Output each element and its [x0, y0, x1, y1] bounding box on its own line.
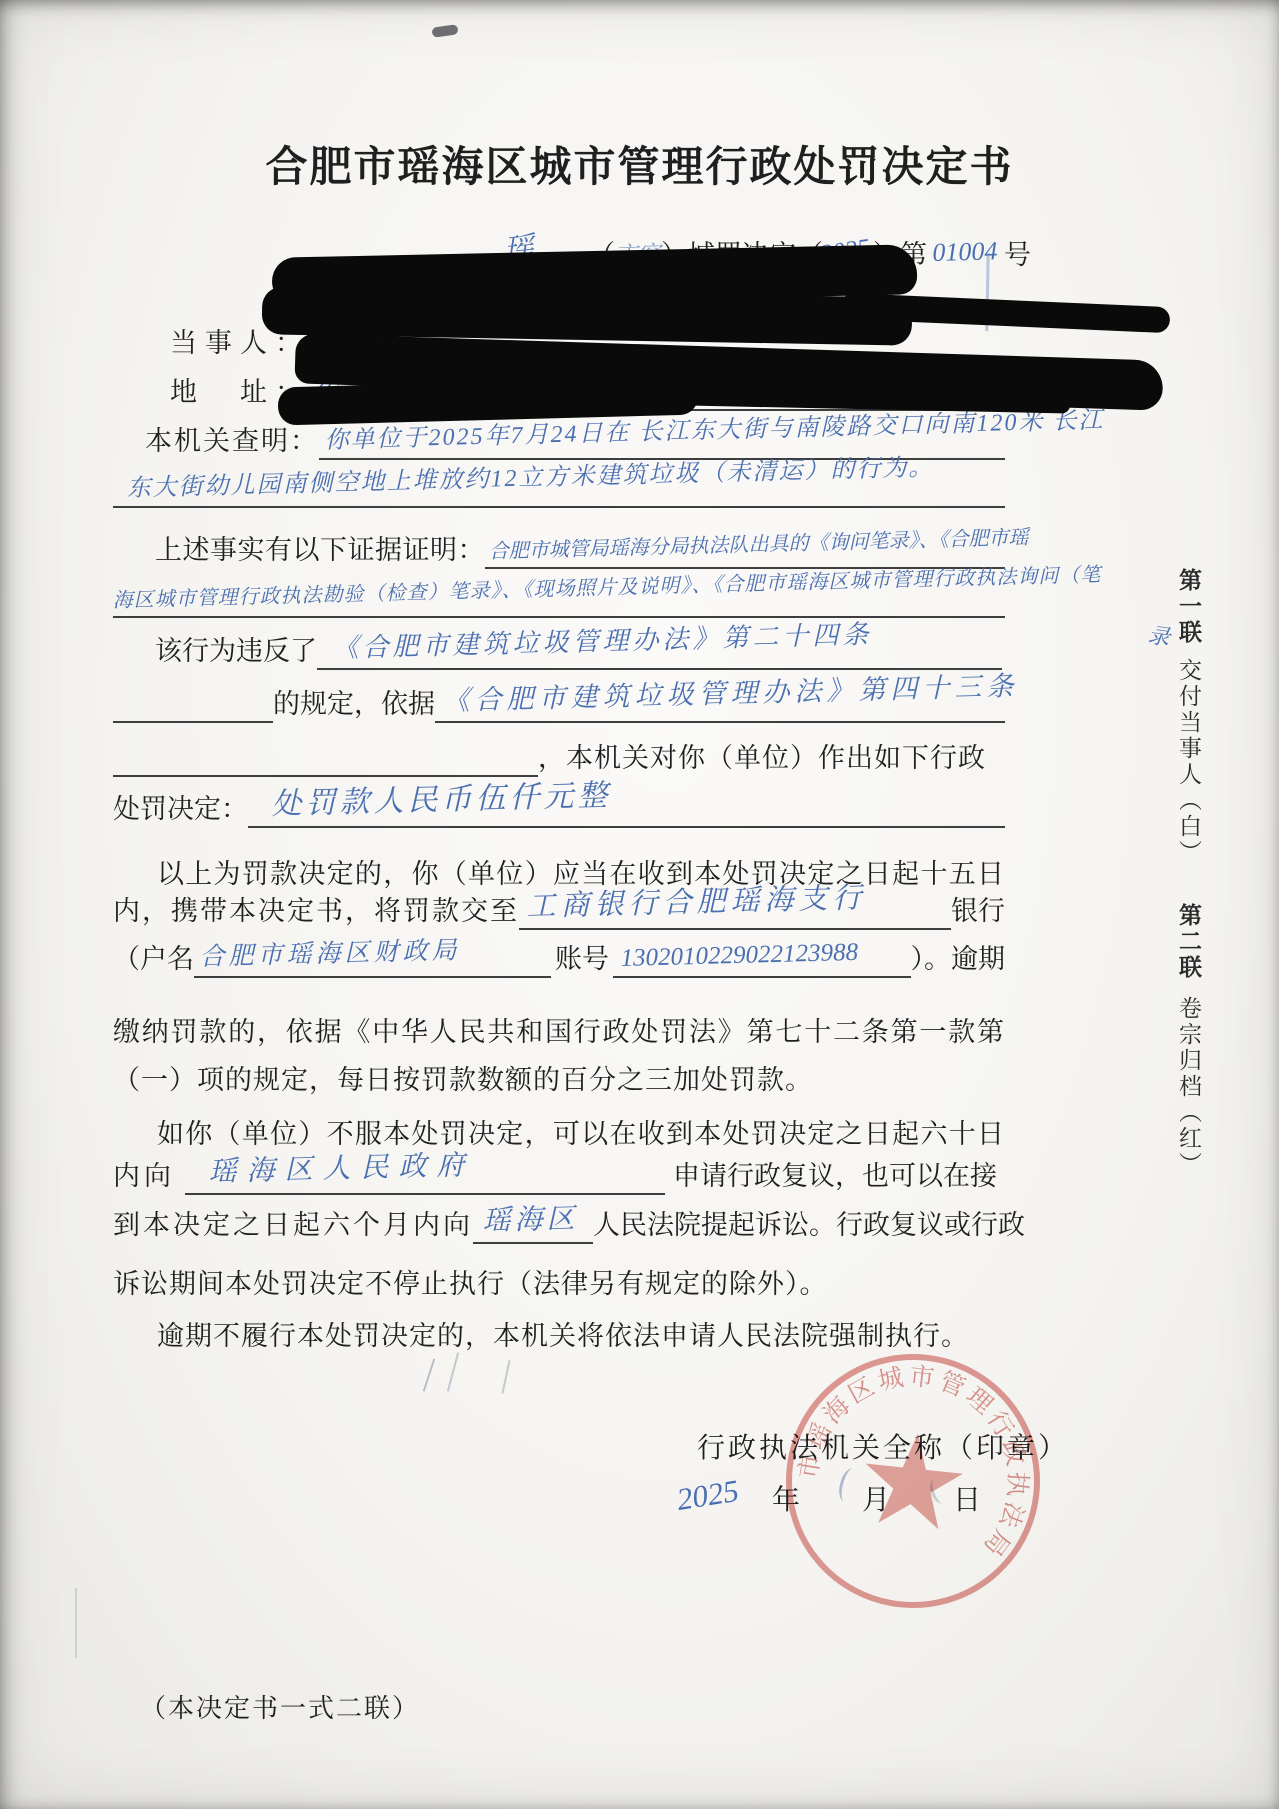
- margin-copy2-number: 第二联: [1172, 903, 1205, 981]
- appeal-line-4: 诉讼期间本处罚决定不停止执行（法律另有规定的除外）。: [113, 1262, 828, 1301]
- basis-row: 的规定，依据 《合肥市建筑垃圾管理办法》第四十三条: [113, 689, 1005, 723]
- account-row: （户名 合肥市瑶海区财政局 账号 1302010229022123988 ）。逾…: [113, 944, 1005, 978]
- account-close: ）。逾期: [911, 937, 1006, 978]
- seal-arc-text-holder: 合肥市瑶海区城市管理行政执法局: [769, 1337, 1047, 1566]
- violation-handwritten: 《合肥市建筑垃圾管理办法》第二十四条: [332, 614, 873, 665]
- decision-handwritten: 处罚款人民币伍仟元整: [271, 770, 612, 823]
- payee-handwritten: 合肥市瑶海区财政局: [199, 930, 461, 973]
- violation-lead: 该行为违反了: [155, 629, 317, 670]
- findings-blank-2: 东大街幼儿园南侧空地上堆放约12立方米建筑垃圾（未清运）的行为。: [113, 472, 1005, 508]
- account-open: （户名: [113, 937, 194, 978]
- seal-star: [860, 1428, 967, 1531]
- scan-smudge-top: [431, 24, 458, 38]
- margin-copy1-use: 交付当事人（白）: [1172, 658, 1205, 866]
- margin-copy1-number: 第一联: [1172, 568, 1205, 646]
- bank-line-post: 银行: [951, 889, 1005, 930]
- pencil-mark-2: [447, 1352, 459, 1391]
- bank-line-pre: 内，携带本决定书，将罚款交至: [113, 889, 519, 930]
- court-post: 人民法院提起诉讼。行政复议或行政: [593, 1203, 1025, 1244]
- evidence-blank-2: 海区城市管理行政执法勘验（检查）笔录》、《现场照片及说明》、《合肥市瑶海区城市管…: [113, 582, 1005, 618]
- review-post: 申请行政复议，也可以在接: [673, 1154, 997, 1195]
- account-number-handwritten: 1302010229022123988: [620, 939, 858, 973]
- payment-line-4: 缴纳罚款的，依据《中华人民共和国行政处罚法》第七十二条第一款第: [113, 1010, 1005, 1049]
- basis-blank-1: [113, 687, 273, 723]
- payee-blank: 合肥市瑶海区财政局: [194, 942, 551, 978]
- margin-copy2-use: 卷宗归档（红）: [1172, 996, 1205, 1178]
- seal-arc-text: 合肥市瑶海区城市管理行政执法局: [769, 1337, 1047, 1566]
- account-blank: 1302010229022123988: [613, 942, 911, 978]
- date-year-handwritten: 2025: [674, 1473, 741, 1518]
- official-red-seal: 合肥市瑶海区城市管理行政执法局: [769, 1337, 1057, 1625]
- findings-label: 本机关查明：: [145, 419, 319, 460]
- document-title: 合肥市瑶海区城市管理行政处罚决定书: [0, 134, 1279, 194]
- evidence-label: 上述事实有以下证据证明：: [155, 528, 485, 569]
- payment-line-5: （一）项的规定，每日按罚款数额的百分之三加处罚款。: [113, 1058, 813, 1097]
- basis-blank-2: 《合肥市建筑垃圾管理办法》第四十三条: [435, 687, 1005, 723]
- pencil-mark-4: [75, 1588, 77, 1658]
- court-row: 到本决定之日起六个月内向 瑶海区 人民法院提起诉讼。行政复议或行政: [113, 1210, 1005, 1244]
- violation-blank: 《合肥市建筑垃圾管理办法》第二十四条: [317, 634, 1002, 670]
- review-pre: 内向: [113, 1154, 175, 1195]
- evidence-handwritten-1: 合肥市城管局瑶海分局执法队出具的《询问笔录》、《合肥市瑶: [488, 521, 1029, 564]
- court-handwritten: 瑶海区: [482, 1197, 579, 1239]
- bank-handwritten: 工商银行合肥瑶海支行: [526, 875, 867, 925]
- ref-hao: 号: [1004, 233, 1031, 274]
- evidence-margin-overflow-handwritten: 录: [1146, 618, 1172, 652]
- basis-lead: 的规定，依据: [273, 682, 435, 723]
- scanned-penalty-decision-document: 合肥市瑶海区城市管理行政处罚决定书 瑶. （ 市容 ）城罚决字（ 2025 ）第…: [0, 0, 1279, 1809]
- court-pre: 到本决定之日起六个月内向: [113, 1203, 473, 1244]
- account-label: 账号: [555, 937, 609, 978]
- findings-continuation-row: 东大街幼儿园南侧空地上堆放约12立方米建筑垃圾（未清运）的行为。: [113, 474, 1005, 508]
- decision-blank: 处罚款人民币伍仟元整: [248, 792, 1005, 828]
- bank-blank: 工商银行合肥瑶海支行: [519, 894, 951, 930]
- pencil-mark-3: [501, 1360, 510, 1394]
- basis-handwritten: 《合肥市建筑垃圾管理办法》第四十三条: [442, 664, 1019, 718]
- appeal-line-1: 如你（单位）不服本处罚决定，可以在收到本处罚决定之日起六十日: [157, 1112, 1005, 1151]
- review-row: 内向 瑶海区人民政府 申请行政复议，也可以在接: [113, 1161, 1005, 1195]
- court-blank: 瑶海区: [473, 1208, 593, 1244]
- review-org-blank: 瑶海区人民政府: [185, 1159, 665, 1195]
- violation-row: 该行为违反了 《合肥市建筑垃圾管理办法》第二十四条: [155, 636, 1002, 670]
- decision-blank-lead: [113, 741, 538, 777]
- decision-label: 处罚决定：: [113, 787, 248, 828]
- copies-note: （本决定书一式二联）: [140, 1688, 420, 1725]
- decision-row: 处罚决定： 处罚款人民币伍仟元整: [113, 794, 1005, 828]
- pencil-mark-1: [423, 1359, 435, 1392]
- review-org-handwritten: 瑶海区人民政府: [208, 1143, 475, 1190]
- bank-row: 内，携带本决定书，将罚款交至 工商银行合肥瑶海支行 银行: [113, 896, 1005, 930]
